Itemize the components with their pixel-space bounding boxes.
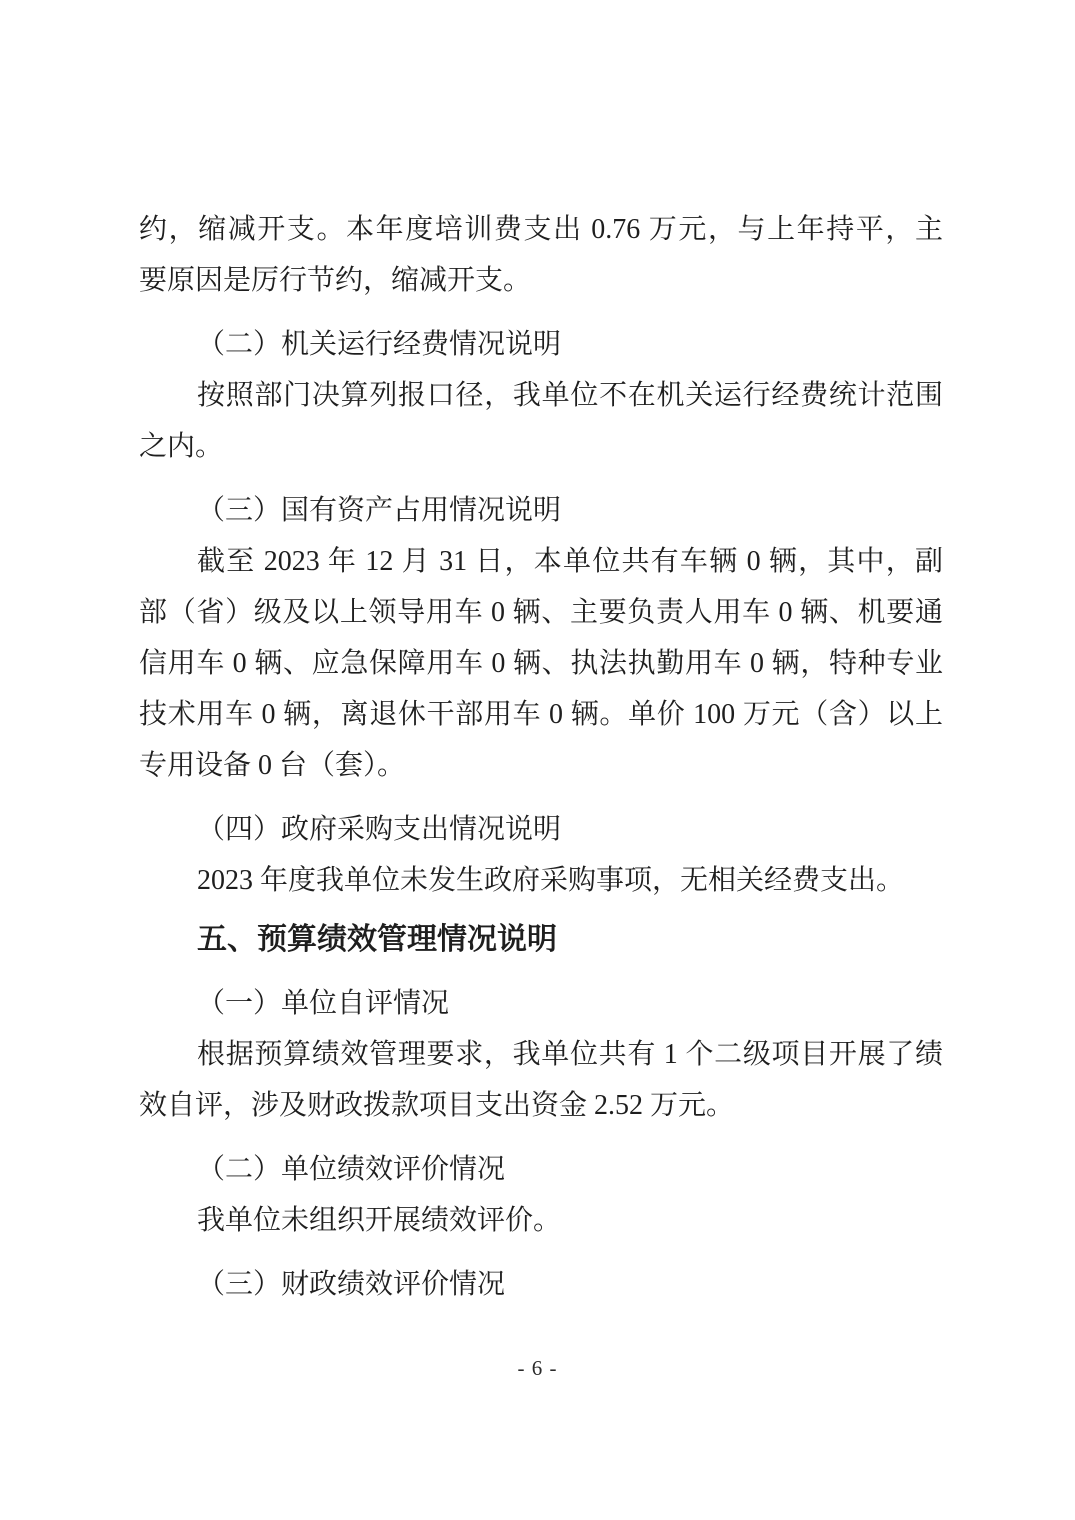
body-line: 信用车 0 辆、应急保障用车 0 辆、执法执勤用车 0 辆，特种专业 [139, 638, 943, 689]
body-line: 截至 2023 年 12 月 31 日，本单位共有车辆 0 辆，其中，副 [139, 536, 943, 587]
document-page: 约，缩减开支。本年度培训费支出 0.76 万元，与上年持平，主 要原因是厉行节约… [0, 0, 1075, 1520]
heading-unit-evaluation: （二）单位绩效评价情况 [139, 1144, 943, 1195]
heading-state-assets: （三）国有资产占用情况说明 [139, 485, 943, 536]
paragraph-state-assets: 截至 2023 年 12 月 31 日，本单位共有车辆 0 辆，其中，副 部（省… [139, 536, 943, 791]
body-line: 根据预算绩效管理要求，我单位共有 1 个二级项目开展了绩 [139, 1029, 943, 1080]
paragraph-self-evaluation: 根据预算绩效管理要求，我单位共有 1 个二级项目开展了绩 效自评，涉及财政拨款项… [139, 1029, 943, 1131]
body-line: 2023 年度我单位未发生政府采购事项，无相关经费支出。 [139, 855, 943, 906]
body-line: 效自评，涉及财政拨款项目支出资金 2.52 万元。 [139, 1080, 943, 1131]
heading-procurement: （四）政府采购支出情况说明 [139, 804, 943, 855]
body-line: 之内。 [139, 421, 943, 472]
body-line: 部（省）级及以上领导用车 0 辆、主要负责人用车 0 辆、机要通 [139, 587, 943, 638]
body-line: 按照部门决算列报口径，我单位不在机关运行经费统计范围 [139, 370, 943, 421]
body-line: 专用设备 0 台（套）。 [139, 740, 943, 791]
body-line: 要原因是厉行节约，缩减开支。 [139, 255, 943, 306]
body-line: 我单位未组织开展绩效评价。 [139, 1195, 943, 1246]
heading-operating-expense: （二）机关运行经费情况说明 [139, 319, 943, 370]
paragraph-procurement: 2023 年度我单位未发生政府采购事项，无相关经费支出。 [139, 855, 943, 906]
heading-fiscal-evaluation: （三）财政绩效评价情况 [139, 1259, 943, 1310]
page-content: 约，缩减开支。本年度培训费支出 0.76 万元，与上年持平，主 要原因是厉行节约… [139, 204, 943, 1310]
heading-budget-performance: 五、预算绩效管理情况说明 [139, 914, 943, 965]
body-line: 约，缩减开支。本年度培训费支出 0.76 万元，与上年持平，主 [139, 204, 943, 255]
heading-self-evaluation: （一）单位自评情况 [139, 978, 943, 1029]
paragraph-operating-expense: 按照部门决算列报口径，我单位不在机关运行经费统计范围 之内。 [139, 370, 943, 472]
body-line: 技术用车 0 辆，离退休干部用车 0 辆。单价 100 万元（含）以上 [139, 689, 943, 740]
paragraph-unit-evaluation: 我单位未组织开展绩效评价。 [139, 1195, 943, 1246]
paragraph-training-expense: 约，缩减开支。本年度培训费支出 0.76 万元，与上年持平，主 要原因是厉行节约… [139, 204, 943, 306]
page-number: - 6 - [0, 1356, 1075, 1381]
